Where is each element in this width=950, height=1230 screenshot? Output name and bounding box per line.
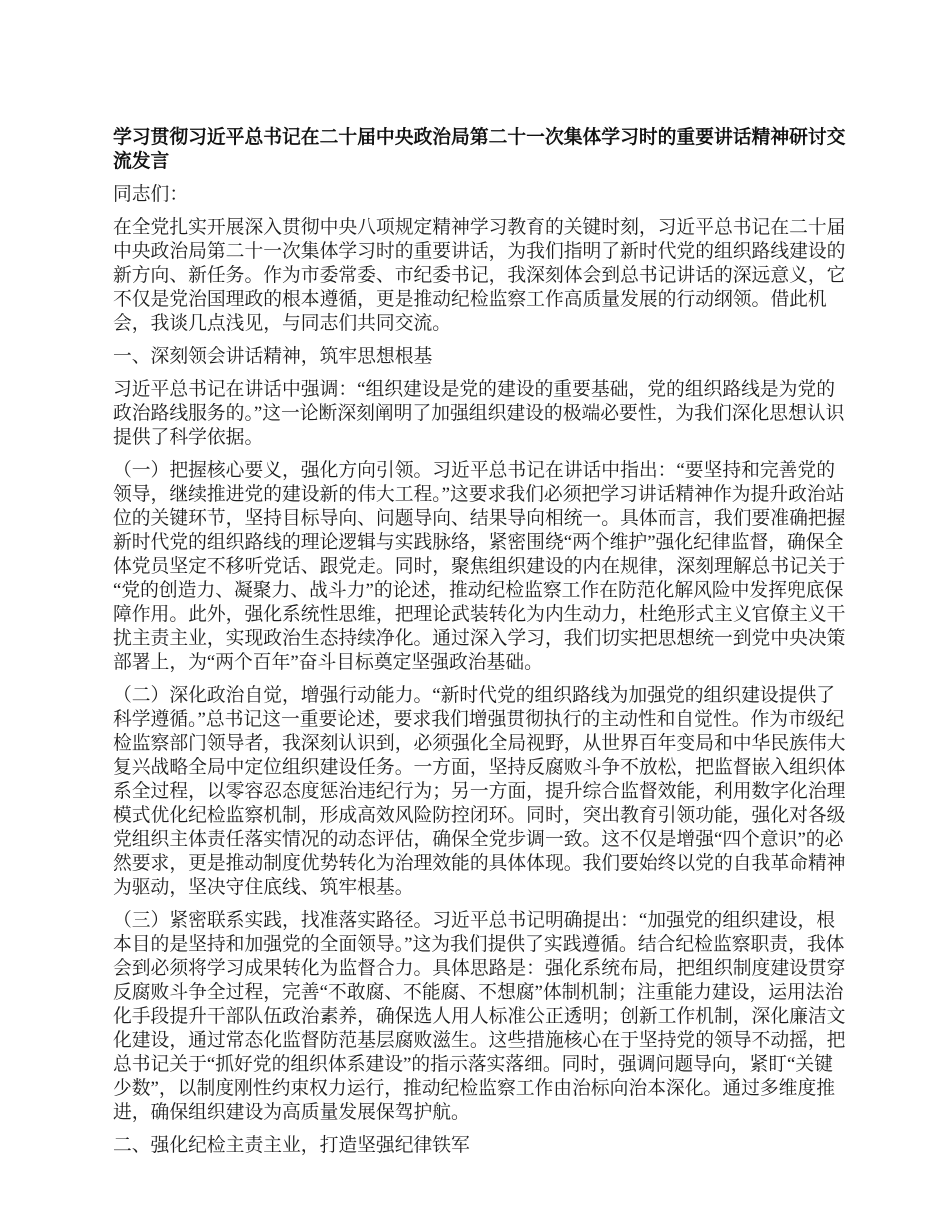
section-1-point-3: （三）紧密联系实践，找准落实路径。习近平总书记明确提出：“加强党的组织建设，根本… [113,909,848,1125]
section-1-point-1: （一）把握核心要义，强化方向引领。习近平总书记在讲话中指出：“要坚持和完善党的领… [113,459,848,675]
intro-paragraph: 在全党扎实开展深入贯彻中央八项规定精神学习教育的关键时刻，习近平总书记在二十届中… [113,216,848,336]
section-1-point-2: （二）深化政治自觉，增强行动能力。“新时代党的组织路线为加强党的组织建设提供了科… [113,684,848,900]
section-2-heading: 二、强化纪检主责主业，打造坚强纪律铁军 [113,1134,848,1158]
section-1-heading: 一、深刻领会讲话精神，筑牢思想根基 [113,345,848,369]
document-title: 学习贯彻习近平总书记在二十届中央政治局第二十一次集体学习时的重要讲话精神研讨交流… [113,126,848,174]
document-page: 学习贯彻习近平总书记在二十届中央政治局第二十一次集体学习时的重要讲话精神研讨交流… [0,0,950,1230]
section-1-lead-paragraph: 习近平总书记在讲话中强调：“组织建设是党的建设的重要基础，党的组织路线是为党的政… [113,378,848,450]
salutation: 同志们： [113,183,848,207]
